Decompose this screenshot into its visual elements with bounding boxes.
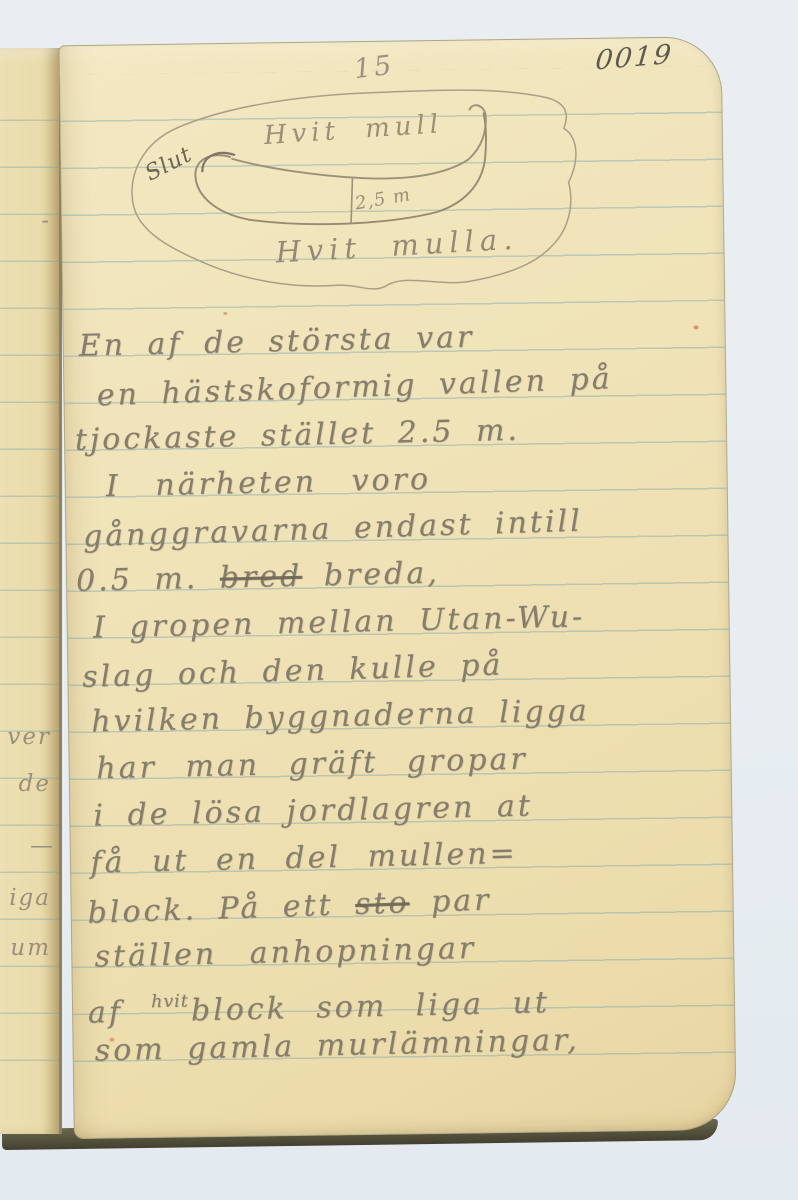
line-text: tjockaste stället 2.5 m.	[74, 413, 520, 458]
notebook-page: 15 0019 Hvit mull Slut 2,	[59, 36, 737, 1139]
line-text: hvilken byggnaderna ligga	[91, 693, 590, 739]
facing-page-text-fragment: de	[19, 771, 51, 797]
inserted-word: hvit	[151, 991, 189, 1012]
facing-page-edge: - ver de — iga um	[0, 48, 62, 1134]
handwritten-text: En af de största var en hästskoformig va…	[70, 309, 716, 1075]
line-text: slag och den kulle på	[82, 647, 504, 694]
facing-page-text-fragment: iga	[9, 885, 51, 911]
line-text: ställen anhopningar	[94, 931, 476, 975]
paper-speck	[109, 1038, 114, 1042]
line-text: 0.5 m.	[76, 561, 221, 599]
paper-speck	[694, 325, 699, 329]
line-text: har man gräft gropar	[96, 742, 528, 787]
facing-page-text-fragment: —	[30, 833, 55, 859]
line-text: i de lösa jordlagren at	[93, 789, 533, 834]
line-text: breda,	[302, 556, 440, 594]
line-text: I gropen mellan Utan-Wu-	[93, 599, 586, 645]
struck-word: bred	[219, 559, 302, 596]
line-text: få ut en del mullen=	[90, 836, 518, 881]
facing-page-text-fragment: um	[10, 935, 51, 961]
facing-page-text-fragment: ver	[7, 724, 51, 750]
line-text: som gamla murlämningar,	[94, 1023, 580, 1069]
line-text: En af de största var	[78, 320, 474, 364]
paper-speck	[223, 312, 227, 315]
line-text: gånggravarna endast intill	[83, 504, 584, 555]
line-text: block. På ett	[87, 887, 356, 931]
page-number: 15	[352, 50, 396, 86]
scanned-notebook-background: - ver de — iga um 15 0019	[0, 0, 798, 1200]
excavation-sketch: Hvit mull Slut 2,5 m Hvit mulla.	[115, 83, 638, 335]
facing-page-text-fragment: -	[41, 208, 51, 234]
struck-word: sto	[354, 885, 410, 922]
line-text: par	[409, 883, 492, 921]
line-text: af	[87, 994, 151, 1030]
line-text: I närheten voro	[106, 462, 432, 504]
